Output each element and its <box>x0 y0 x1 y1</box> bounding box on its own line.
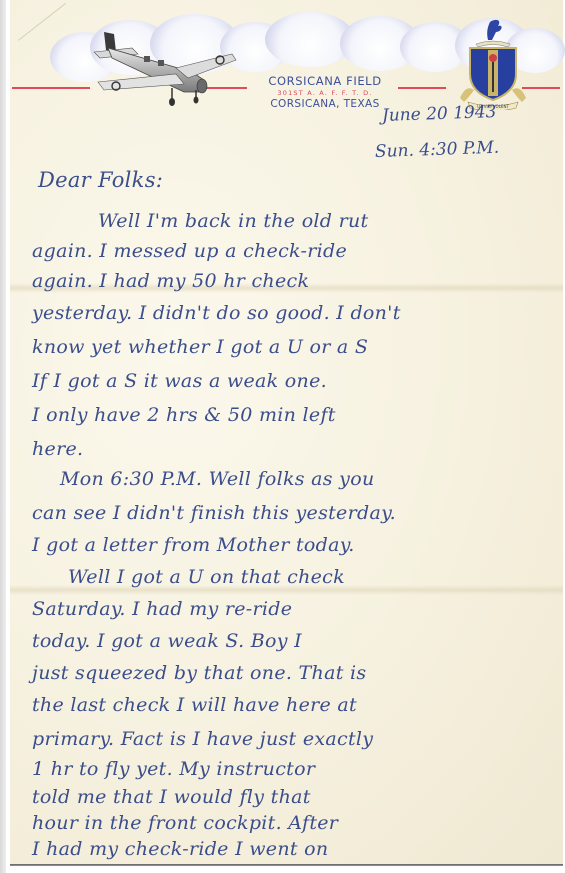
letter-line: I got a letter from Mother today. <box>32 534 355 556</box>
letter-line: Saturday. I had my re-ride <box>32 598 292 620</box>
letterhead: CORSICANA FIELD 301ST A. A. F. F. T. D. … <box>260 74 390 111</box>
letter-line: yesterday. I didn't do so good. I don't <box>32 302 401 324</box>
letter-line: again. I messed up a check-ride <box>32 240 347 262</box>
letterhead-rule-mid-right <box>398 87 446 89</box>
airplane-icon <box>92 28 242 108</box>
crest-icon: UT VIRI VOLENT <box>458 18 528 110</box>
letter-time: Sun. 4:30 P.M. <box>375 138 500 162</box>
letter-line: Well I got a U on that check <box>68 566 345 588</box>
page-edge-shadow <box>0 0 6 873</box>
letter-line: Well I'm back in the old rut <box>98 210 368 232</box>
letter-line: today. I got a weak S. Boy I <box>32 630 302 652</box>
letter-date: June 20 1943 <box>382 102 497 126</box>
letter-line: hour in the front cockpit. After <box>32 812 338 834</box>
photo-frame: CORSICANA FIELD 301ST A. A. F. F. T. D. … <box>0 0 565 873</box>
letterhead-rule-left <box>12 87 90 89</box>
letter-line: Mon 6:30 P.M. Well folks as you <box>60 468 374 490</box>
letter-line: primary. Fact is I have just exactly <box>32 728 373 750</box>
letter-line: can see I didn't finish this yesterday. <box>32 502 396 524</box>
letter-line: told me that I would fly that <box>32 786 311 808</box>
letter-line: I had my check-ride I went on <box>32 838 328 860</box>
letterhead-title: CORSICANA FIELD <box>260 74 390 88</box>
letter-line: again. I had my 50 hr check <box>32 270 309 292</box>
letter-salutation: Dear Folks: <box>38 168 163 192</box>
letter-paper: CORSICANA FIELD 301ST A. A. F. F. T. D. … <box>10 0 563 865</box>
letterhead-location: CORSICANA, TEXAS <box>260 98 390 111</box>
letterhead-unit: 301ST A. A. F. F. T. D. <box>260 88 390 98</box>
letter-line: I only have 2 hrs & 50 min left <box>32 404 336 426</box>
letter-line: the last check I will have here at <box>32 694 357 716</box>
letter-line: know yet whether I got a U or a S <box>32 336 368 358</box>
letter-line: 1 hr to fly yet. My instructor <box>32 758 315 780</box>
letter-line: here. <box>32 438 83 460</box>
letter-line: just squeezed by that one. That is <box>32 662 366 684</box>
letter-line: If I got a S it was a weak one. <box>32 370 327 392</box>
